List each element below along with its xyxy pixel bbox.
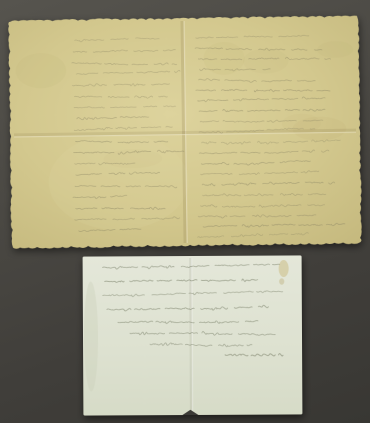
paper-stain	[279, 260, 289, 277]
paper-stain	[279, 278, 284, 284]
letter-top	[6, 14, 363, 251]
letter-bottom	[83, 255, 303, 415]
photo-background	[0, 0, 370, 423]
